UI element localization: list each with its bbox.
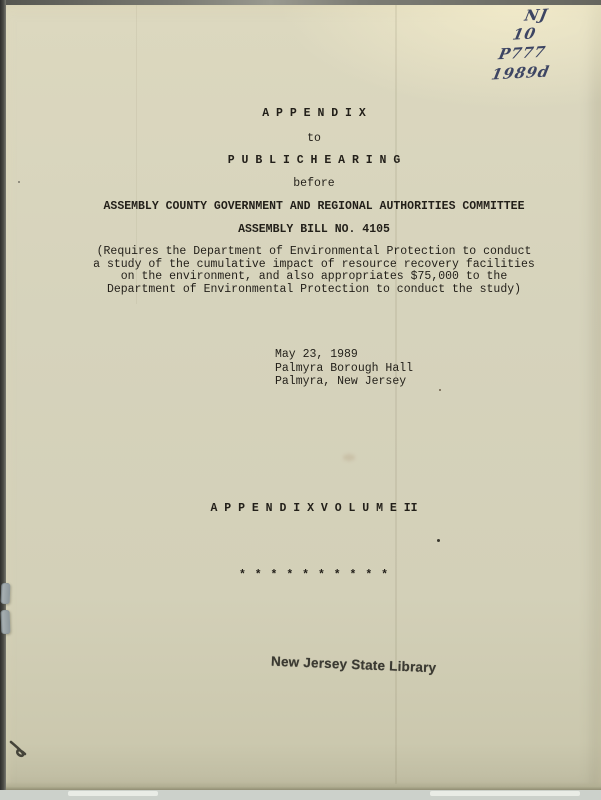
paper-bottom-edge xyxy=(5,782,601,790)
paper-highlight xyxy=(5,4,601,790)
asterisk-separator: * * * * * * * * * * xyxy=(5,570,601,583)
scanned-document: NJ 10 P777 1989d A P P E N D I X to P U … xyxy=(0,0,601,800)
to-word: to xyxy=(5,133,601,146)
paper-speck xyxy=(437,539,440,542)
call-number-line: 1989d xyxy=(490,63,551,84)
scanner-edge-bottom xyxy=(0,790,601,800)
paper-speck xyxy=(439,389,441,391)
handwritten-call-number: NJ 10 P777 1989d xyxy=(487,5,587,90)
call-number-line: P777 xyxy=(497,43,548,63)
public-hearing-title: P U B L I C H E A R I N G xyxy=(5,155,601,168)
scanner-edge-top xyxy=(0,0,601,5)
date-and-place: May 23, 1989 Palmyra Borough Hall Palmyr… xyxy=(275,348,413,389)
bill-description: (Requires the Department of Environmenta… xyxy=(5,246,601,296)
paper-smudge xyxy=(343,454,355,461)
bill-number: ASSEMBLY BILL NO. 4105 xyxy=(5,224,601,237)
scanner-glint xyxy=(68,791,158,796)
scanner-edge-left xyxy=(0,0,6,792)
ink-loop-icon xyxy=(7,738,35,764)
staple-mark xyxy=(1,610,11,634)
before-word: before xyxy=(5,178,601,191)
ink-loop-mark xyxy=(7,738,35,764)
committee-name: ASSEMBLY COUNTY GOVERNMENT AND REGIONAL … xyxy=(5,201,601,214)
appendix-title: A P P E N D I X xyxy=(5,108,601,121)
scanner-glint xyxy=(430,791,580,796)
paper-page: NJ 10 P777 1989d A P P E N D I X to P U … xyxy=(5,4,601,790)
volume-title: A P P E N D I X V O L U M E II xyxy=(5,503,601,516)
call-number-line: NJ xyxy=(523,5,550,24)
staple-mark xyxy=(1,583,11,604)
call-number-line: 10 xyxy=(511,24,538,43)
library-stamp: New Jersey State Library xyxy=(271,654,437,676)
